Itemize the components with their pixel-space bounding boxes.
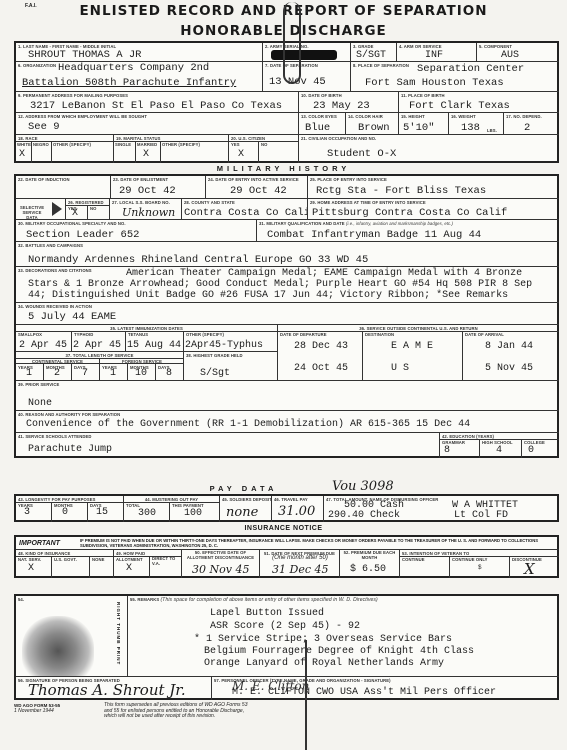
battles-value: Normandy Ardennes Rhineland Central Euro… xyxy=(28,254,368,266)
dependents-value: 2 xyxy=(524,122,530,134)
field-53-intention: 53. Intention of veteran to Continue Con… xyxy=(400,550,559,578)
military-history-section: 22. Date of induction 23. Date of enlist… xyxy=(14,174,559,458)
field-22-induction: 22. Date of induction xyxy=(16,176,111,199)
field-31-qualification: 31. Military qualification and date (i.e… xyxy=(257,220,559,242)
race-other: Other (specify) xyxy=(52,142,114,163)
field-5-component: 5. Component AUS xyxy=(477,43,559,62)
field-11-birth-place: 11. Place of birth Fort Clark Texas xyxy=(399,92,559,113)
immunization-tetanus: Tetanus 15 Aug 44 xyxy=(126,331,184,352)
field-43-longevity: 43. Longevity for pay purposes Years3 Mo… xyxy=(16,496,124,522)
occupation-value: Student O-X xyxy=(327,148,396,160)
pay-data-heading: PAY DATA xyxy=(0,484,527,493)
field-56-signature: 56. Signature of person being separated … xyxy=(16,677,212,700)
field-18-race: 18. Race White X Negro Other (specify) xyxy=(16,135,114,163)
field-45-soldiers-deposits: 45. Soldiers deposits none xyxy=(220,496,272,522)
field-8-separation-place: 8. Place of separation Separation Center… xyxy=(351,62,559,92)
remarks-line4: Belgium Fourragere Degree of Knight 4th … xyxy=(204,646,474,657)
remarks-section: 54. RIGHT THUMB PRINT 55. Remarks (This … xyxy=(14,594,559,700)
field-9-address: 9. Permanent address for mailing purpose… xyxy=(16,92,299,113)
field-48-kind-of-insurance: 48. Kind of insurance Nat. Serv.X U.S. G… xyxy=(16,550,114,578)
intention-discontinue: DiscontinueX xyxy=(510,556,559,578)
field-38-highest-grade: 38. Highest grade held S/Sgt xyxy=(184,352,278,381)
field-32-battles: 32. Battles and campaigns Normandy Arden… xyxy=(16,242,559,267)
field-26-registered: 26. Registered Yes X No xyxy=(66,199,110,220)
field-52-premium-due: 52. Premium due each month $ 6.50 xyxy=(340,550,400,578)
field-25-entry-place: 25. Place of entry into service Rctg Sta… xyxy=(308,176,559,199)
field-40-separation-reason: 40. Reason and authority for separation … xyxy=(16,411,559,433)
insurance-notice: IMPORTANT IF PREMIUM IS NOT PAID WHEN DU… xyxy=(16,537,559,550)
longevity-years: Years3 xyxy=(16,502,52,522)
field-10-birth-date: 10. Date of birth 23 May 23 xyxy=(299,92,399,113)
separated-person-signature: Thomas A. Shrout Jr. xyxy=(28,681,186,699)
race-negro: Negro xyxy=(32,142,52,163)
voucher-note: Vou 3098 xyxy=(332,479,394,494)
selective-service-data: Selective Service Data xyxy=(16,199,66,220)
continental-months: Months2 xyxy=(44,364,72,381)
premium-due-value: $ 6.50 xyxy=(350,564,386,575)
field-33-decorations: 33. Decorations and citations American T… xyxy=(16,267,559,303)
insurance-notice-text: IF PREMIUM IS NOT PAID WHEN DUE OR WITHI… xyxy=(80,538,556,548)
field-37-length-of-service: 37. Total length of service Continental … xyxy=(16,352,184,381)
immunization-other: Other (specify) 2Apr45-Typhus xyxy=(184,331,278,352)
next-premium-value: 31 Dec 45 xyxy=(272,563,328,576)
marital-other: Other (specify) xyxy=(161,142,229,163)
field-21-occupation: 21. Civilian occupation and no. Student … xyxy=(299,135,559,163)
insurance-us-govt: U.S. Govt. xyxy=(52,556,90,578)
immunization-typhoid: Typhoid 2 Apr 45 xyxy=(72,331,126,352)
height-value: 5'10" xyxy=(403,122,435,134)
field-30-specialty: 30. Military occupational specialty and … xyxy=(16,220,257,242)
foreign-months: Months10 xyxy=(128,364,156,381)
wounds-value: 5 July 44 EAME xyxy=(28,311,116,323)
allotment-discontinuance-value: 30 Nov 45 xyxy=(192,563,249,576)
field-27-board: 27. Local S.S. board no. Unknown xyxy=(110,199,182,220)
insurance-nat-serv: Nat. Serv.X xyxy=(16,556,52,578)
field-6-organization: 6. Organization Headquarters Company 2nd… xyxy=(16,62,263,92)
field-49-how-paid: 49. How paid AllotmentX Direct to V.A. xyxy=(114,550,182,578)
race-white: White X xyxy=(16,142,32,163)
field-46-travel-pay: 46. Travel pay 31.00 xyxy=(272,496,324,522)
insurance-heading: INSURANCE NOTICE xyxy=(0,525,567,532)
personnel-officer-name: M. E. CLIFTON CWO USA Ass't Mil Pers Off… xyxy=(232,687,496,698)
separation-place-line1: Separation Center xyxy=(417,63,524,75)
immunization-smallpox: Smallpox 2 Apr 45 xyxy=(16,331,72,352)
field-2-serial: 2. Army serial no. xyxy=(263,43,351,62)
form-number: WD AGO FORM 53-55 1 November 1944 xyxy=(14,703,74,714)
field-7-separation-date: 7. Date of separation 13 Nov 45 xyxy=(263,62,351,92)
foreign-years: Years1 xyxy=(100,364,128,381)
field-35-immunization: 35. Latest immunization dates Smallpox 2… xyxy=(16,325,278,352)
hair-color-value: Brown xyxy=(358,122,390,134)
birth-date-value: 23 May 23 xyxy=(313,100,370,112)
field-41-schools: 41. Service schools attended Parachute J… xyxy=(16,433,440,458)
entry-place-value: Rctg Sta - Fort Bliss Texas xyxy=(316,185,486,197)
field-44-mustering-out-pay: 44. Mustering out pay Total300 This paym… xyxy=(124,496,220,522)
decorations-line2: Stars & 1 Bronze Arrowhead; Good Conduct… xyxy=(28,279,532,290)
field-17-dependents: 17. No. depend. 2 xyxy=(504,113,559,135)
component-value: AUS xyxy=(501,50,519,61)
eye-color-value: Blue xyxy=(305,122,330,134)
decorations-line1: American Theater Campaign Medal; EAME Ca… xyxy=(126,268,522,279)
board-value: Unknown xyxy=(122,206,175,219)
citizen-no: No xyxy=(259,142,299,163)
destinations: Destination E A M E U S xyxy=(363,331,463,381)
field-29-home-address: 29. Home address at time of entry into s… xyxy=(308,199,559,220)
field-42-education: 42. Education (Years) Grammar8 High Scho… xyxy=(440,433,559,458)
organization-line2: Battalion 508th Parachute Infantry xyxy=(22,77,236,89)
home-address-value: Pittsburg Contra Costa Co Calif xyxy=(312,207,507,219)
county-value: Contra Costa Co Calif xyxy=(184,207,308,219)
organization-line1: Headquarters Company 2nd xyxy=(58,62,209,74)
schools-value: Parachute Jump xyxy=(28,444,112,455)
paper-clip-mark xyxy=(283,2,301,84)
intention-continue-only: Continue only$ xyxy=(450,556,510,578)
separation-reason-value: Convenience of the Government (RR 1-1 De… xyxy=(26,419,470,430)
important-label: IMPORTANT xyxy=(19,540,60,547)
citizen-yes: Yes X xyxy=(229,142,259,163)
field-20-citizen: 20. U.S. citizen Yes X No xyxy=(229,135,299,163)
active-service-date-value: 29 Oct 42 xyxy=(230,185,287,197)
travel-pay-value: 31.00 xyxy=(278,504,315,519)
disbursing-officer-rank: Lt Col FD xyxy=(454,510,508,521)
decorations-line3: 44; Distinguished Unit Badge GO #26 FUSA… xyxy=(28,290,508,301)
continental-days: Days7 xyxy=(72,364,100,381)
weight-value: 138 xyxy=(461,122,480,134)
specialty-value: Section Leader 652 xyxy=(26,229,139,241)
registered-yes: Yes X xyxy=(66,205,88,220)
field-13-eyes: 13. Color eyes Blue xyxy=(299,113,346,135)
total-check-value: 290.40 Check xyxy=(328,510,400,521)
registered-no: No xyxy=(88,205,110,220)
paper-clip-line xyxy=(305,640,307,750)
redacted-serial-number xyxy=(271,50,337,60)
field-12-employment-address: 12. Address from which employment will b… xyxy=(16,113,299,135)
supersede-note: This form supersedes all previous editio… xyxy=(104,703,254,720)
mustering-this-payment: This payment100 xyxy=(170,502,220,522)
remarks-line1: Lapel Button Issued xyxy=(210,608,324,619)
arrow-right-icon xyxy=(52,202,62,216)
separation-place-line2: Fort Sam Houston Texas xyxy=(365,77,504,89)
highest-grade-value: S/Sgt xyxy=(200,368,230,379)
field-55-remarks: 55. Remarks (This space for completion o… xyxy=(128,596,559,677)
education-college: College0 xyxy=(522,439,559,458)
field-50-allotment-discontinuance: 50. Effective date of allotment disconti… xyxy=(182,550,260,578)
qualification-value: Combat Infantryman Badge 11 Aug 44 xyxy=(267,229,481,241)
marital-single: Single xyxy=(114,142,136,163)
remarks-line3: * 1 Service Stripe; 3 Overseas Service B… xyxy=(194,634,452,645)
field-14-hair: 14. Color hair Brown xyxy=(346,113,399,135)
field-36-overseas-service: 36. Service outside continental U.S. and… xyxy=(278,325,559,381)
intention-continue: Continue xyxy=(400,556,450,578)
insurance-none: None xyxy=(90,556,114,578)
field-47-total-amount: 47. Total amount, name of disbursing off… xyxy=(324,496,559,522)
foreign-days: Days8 xyxy=(156,364,184,381)
field-19-marital: 19. Marital status Single Married X Othe… xyxy=(114,135,229,163)
longevity-days: Days15 xyxy=(88,502,124,522)
longevity-months: Months0 xyxy=(52,502,88,522)
education-high-school: High School4 xyxy=(480,439,522,458)
field-23-enlistment: 23. Date of enlistment 29 Oct 42 xyxy=(111,176,206,199)
field-16-weight: 16. Weight 138 LBS. xyxy=(449,113,504,135)
field-1-name: 1. Last name - first name - middle initi… xyxy=(16,43,263,62)
soldiers-deposits-value: none xyxy=(226,505,258,520)
field-28-county: 28. County and state Contra Costa Co Cal… xyxy=(182,199,308,220)
field-57-personnel-officer: 57. Personnel officer (Type name, grade … xyxy=(212,677,559,700)
arm-value: INF xyxy=(425,50,443,61)
insurance-section: IMPORTANT IF PREMIUM IS NOT PAID WHEN DU… xyxy=(14,535,559,578)
enlistment-date-value: 29 Oct 42 xyxy=(119,185,176,197)
field-3-grade: 3. Grade S/SGT xyxy=(351,43,397,62)
field-24-active-service: 24. Date of entry into active service 29… xyxy=(206,176,308,199)
paid-direct-va: Direct to V.A. xyxy=(150,556,182,578)
grade-value: S/SGT xyxy=(356,50,386,61)
weight-unit: LBS. xyxy=(485,127,499,133)
address-value: 3217 LeBanon St El Paso El Paso Co Texas xyxy=(30,100,282,112)
field-39-prior-service: 39. Prior service None xyxy=(16,381,559,411)
mustering-total: Total300 xyxy=(124,502,170,522)
name-value: SHROUT THOMAS A JR xyxy=(28,49,141,61)
field-15-height: 15. Height 5'10" xyxy=(399,113,449,135)
prior-service-value: None xyxy=(28,398,52,409)
field-54-thumb-print: 54. RIGHT THUMB PRINT xyxy=(16,596,128,677)
arrival-dates: Date of arrival 8 Jan 44 5 Nov 45 xyxy=(463,331,559,381)
birth-place-value: Fort Clark Texas xyxy=(409,100,510,112)
remarks-line5: Orange Lanyard of Royal Netherlands Army xyxy=(204,658,444,669)
departure-dates: Date of departure 28 Dec 43 24 Oct 45 xyxy=(278,331,363,381)
pay-data-section: 43. Longevity for pay purposes Years3 Mo… xyxy=(14,494,559,522)
education-grammar: Grammar8 xyxy=(440,439,480,458)
remarks-line2: ASR Score (2 Sep 45) - 92 xyxy=(210,621,360,632)
field-34-wounds: 34. Wounds received in action 5 July 44 … xyxy=(16,303,559,325)
field-51-next-premium: 51. Date of next premium due (One month … xyxy=(260,550,340,578)
continental-years: Years1 xyxy=(16,364,44,381)
employment-address-value: See 9 xyxy=(28,121,60,133)
thumbprint-image xyxy=(22,616,94,677)
marital-married: Married X xyxy=(136,142,161,163)
field-4-arm: 4. Arm or service INF xyxy=(397,43,477,62)
military-history-heading: MILITARY HISTORY xyxy=(0,164,567,173)
paid-allotment: AllotmentX xyxy=(114,556,150,578)
thumb-print-label: RIGHT THUMB PRINT xyxy=(116,602,121,665)
